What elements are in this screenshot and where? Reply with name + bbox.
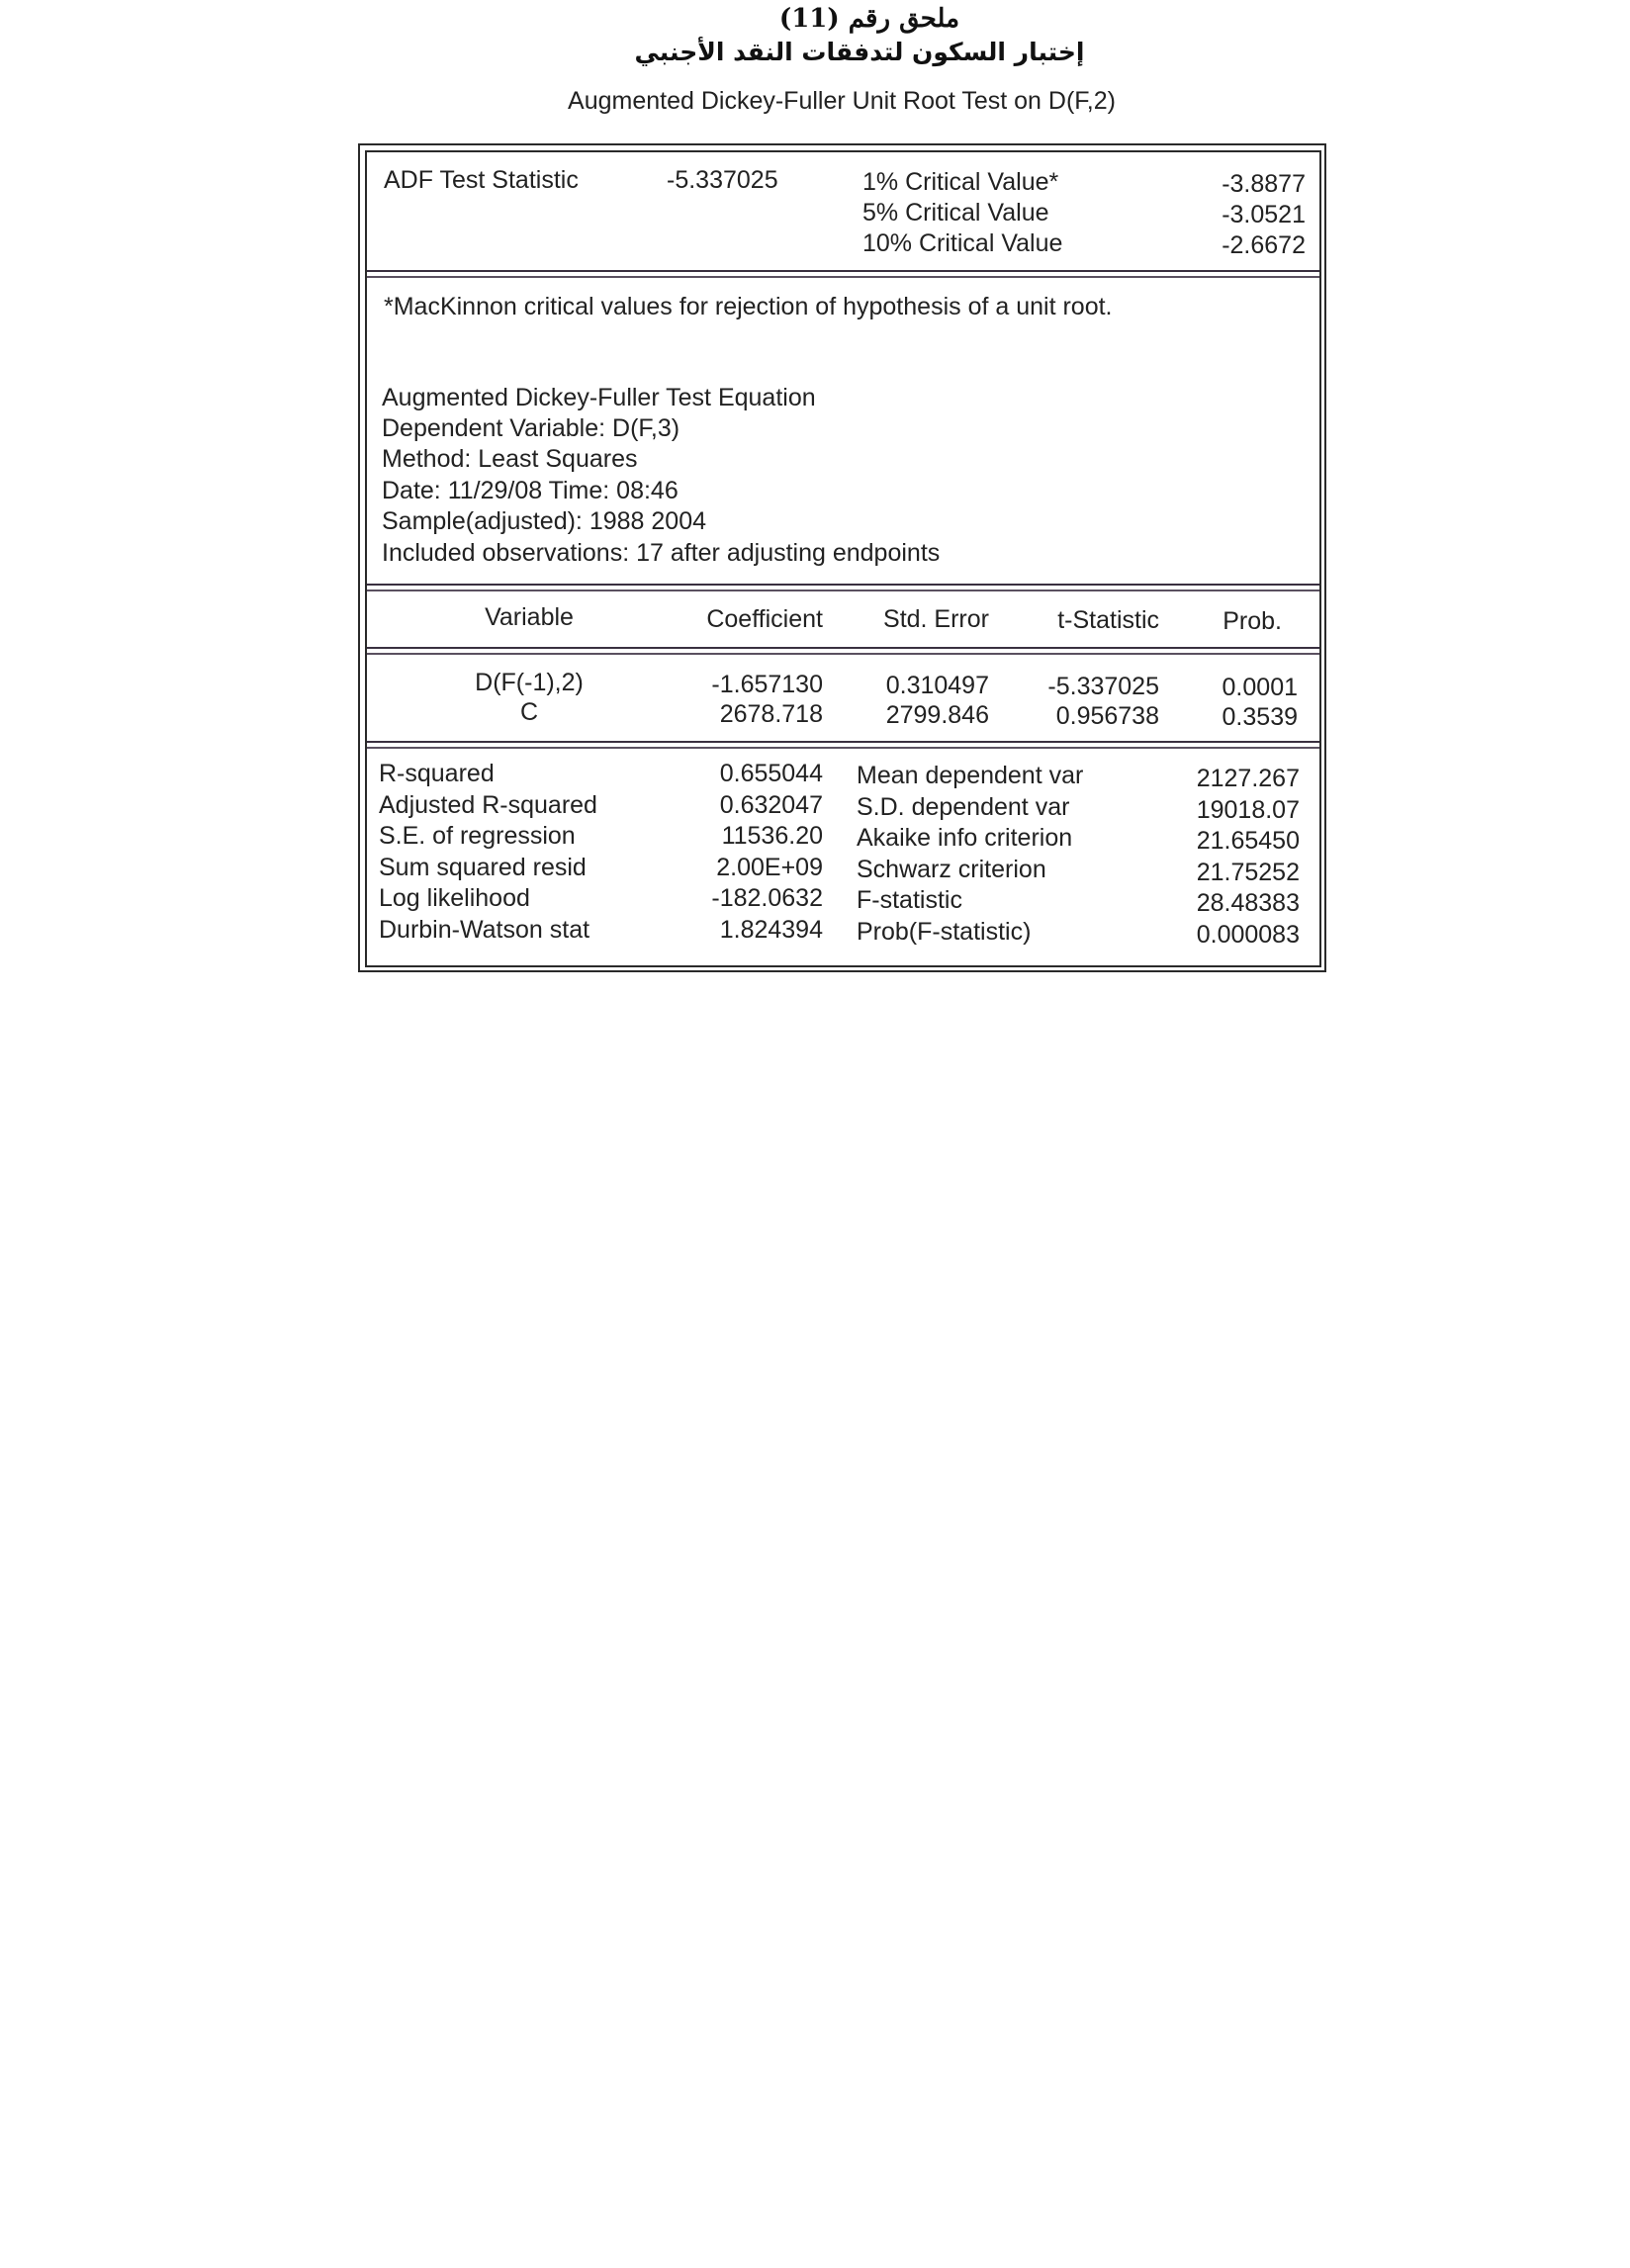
critical-value-label-3: 10% Critical Value <box>862 229 1062 258</box>
col-header-t-statistic: t-Statistic <box>999 606 1159 635</box>
stat-label: Sum squared resid <box>379 854 587 882</box>
coefficient: 2678.718 <box>633 700 823 729</box>
stat-label: Adjusted R-squared <box>379 791 597 820</box>
footnote: *MacKinnon critical values for rejection… <box>384 293 1113 321</box>
stat-value: 1.824394 <box>633 916 823 945</box>
stat-value: 11536.20 <box>633 822 823 851</box>
stat-value: 21.75252 <box>1137 859 1300 887</box>
stat-value: 2.00E+09 <box>633 854 823 882</box>
stat-label: Prob(F-statistic) <box>857 918 1031 947</box>
col-header-coefficient: Coefficient <box>633 605 823 634</box>
stat-label: S.E. of regression <box>379 822 576 851</box>
t-statistic: -5.337025 <box>999 673 1159 701</box>
arabic-subtitle: إختبار السكون لتدفقات النقد الأجنبي <box>0 38 1630 66</box>
stat-value: 0.000083 <box>1137 921 1300 950</box>
stat-value: 19018.07 <box>1137 796 1300 825</box>
equation-title: Augmented Dickey-Fuller Test Equation <box>382 384 816 412</box>
page-title: Augmented Dickey-Fuller Unit Root Test o… <box>0 87 1630 116</box>
stat-label: Akaike info criterion <box>857 824 1072 853</box>
section-divider <box>367 270 1319 278</box>
section-divider <box>367 647 1319 655</box>
std-error: 2799.846 <box>831 701 989 730</box>
critical-value-label-2: 5% Critical Value <box>862 199 1049 227</box>
stat-value: 0.655044 <box>633 760 823 788</box>
stat-value: 2127.267 <box>1137 765 1300 793</box>
appendix-label: ملحق رقم (11) <box>0 4 1630 34</box>
stat-label: Schwarz criterion <box>857 856 1046 884</box>
col-header-variable: Variable <box>435 603 623 632</box>
sample: Sample(adjusted): 1988 2004 <box>382 507 706 536</box>
critical-value-1: -3.8877 <box>1137 170 1306 199</box>
stat-value: 0.632047 <box>633 791 823 820</box>
critical-value-2: -3.0521 <box>1137 201 1306 229</box>
col-header-std-error: Std. Error <box>831 605 989 634</box>
col-header-prob: Prob. <box>1187 607 1282 636</box>
t-statistic: 0.956738 <box>999 702 1159 731</box>
critical-value-3: -2.6672 <box>1137 231 1306 260</box>
stat-label: R-squared <box>379 760 495 788</box>
method: Method: Least Squares <box>382 445 638 474</box>
dependent-variable: Dependent Variable: D(F,3) <box>382 414 679 443</box>
prob: 0.0001 <box>1187 674 1298 702</box>
stat-label: F-statistic <box>857 886 962 915</box>
stat-label: S.D. dependent var <box>857 793 1069 822</box>
variable-name: C <box>435 698 623 727</box>
date-time: Date: 11/29/08 Time: 08:46 <box>382 477 679 505</box>
adf-value: -5.337025 <box>667 166 778 195</box>
stat-value: -182.0632 <box>633 884 823 913</box>
critical-value-label-1: 1% Critical Value* <box>862 168 1058 197</box>
stat-value: 28.48383 <box>1137 889 1300 918</box>
prob: 0.3539 <box>1187 703 1298 732</box>
std-error: 0.310497 <box>831 672 989 700</box>
section-divider <box>367 741 1319 749</box>
section-divider <box>367 584 1319 591</box>
stat-value: 21.65450 <box>1137 827 1300 856</box>
coefficient: -1.657130 <box>633 671 823 699</box>
stat-label: Log likelihood <box>379 884 530 913</box>
variable-name: D(F(-1),2) <box>435 669 623 697</box>
adf-label: ADF Test Statistic <box>384 166 579 195</box>
stat-label: Mean dependent var <box>857 762 1083 790</box>
stat-label: Durbin-Watson stat <box>379 916 589 945</box>
included-observations: Included observations: 17 after adjustin… <box>382 539 940 568</box>
